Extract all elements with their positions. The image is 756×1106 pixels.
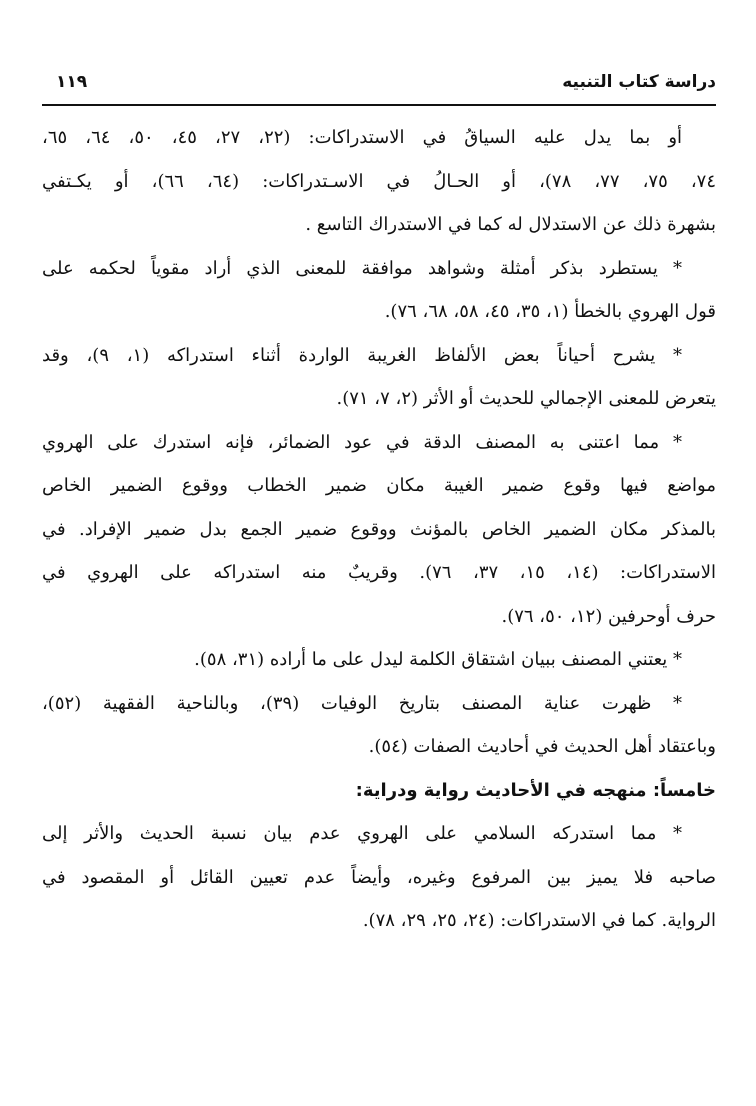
page-header: دراسة كتاب التنبيه ١١٩ bbox=[42, 70, 716, 98]
text-line: قول الهروي بالخطأ (١، ٣٥، ٤٥، ٥٨، ٦٨، ٧٦… bbox=[42, 290, 716, 334]
text-line: حرف أوحرفين (١٢، ٥٠، ٧٦). bbox=[42, 595, 716, 639]
text-line: يتعرض للمعنى الإجمالي للحديث أو الأثر (٢… bbox=[42, 377, 716, 421]
bullet-line: * ظهرت عناية المصنف بتاريخ الوفيات (٣٩)،… bbox=[42, 682, 716, 726]
section-heading: خامساً: منهجه في الأحاديث رواية ودراية: bbox=[42, 769, 716, 813]
text-line: بشهرة ذلك عن الاستدلال له كما في الاستدر… bbox=[42, 203, 716, 247]
body-text: أو بما يدل عليه السياقُ في الاستدراكات: … bbox=[42, 116, 716, 943]
bullet-line: * يستطرد بذكر أمثلة وشواهد موافقة للمعنى… bbox=[42, 247, 716, 291]
bullet-line: * مما استدركه السلامي على الهروي عدم بيا… bbox=[42, 812, 716, 856]
text-line: بالمذكر مكان الضمير الخاص بالمؤنث ووقوع … bbox=[42, 508, 716, 552]
text-line: ٧٤، ٧٥، ٧٧، ٧٨)، أو الحـالُ في الاسـتدرا… bbox=[42, 160, 716, 204]
text-line: صاحبه فلا يميز بين المرفوع وغيره، وأيضاً… bbox=[42, 856, 716, 900]
bullet-line: * مما اعتنى به المصنف الدقة في عود الضما… bbox=[42, 421, 716, 465]
text-line: الاستدراكات: (١٤، ١٥، ٣٧، ٧٦). وقريبٌ من… bbox=[42, 551, 716, 595]
running-title: دراسة كتاب التنبيه bbox=[562, 72, 716, 92]
document-page: دراسة كتاب التنبيه ١١٩ أو بما يدل عليه ا… bbox=[0, 0, 756, 1106]
page-number: ١١٩ bbox=[56, 72, 87, 92]
text-line: أو بما يدل عليه السياقُ في الاستدراكات: … bbox=[42, 116, 716, 160]
bullet-line: * يشرح أحياناً بعض الألفاظ الغريبة الوار… bbox=[42, 334, 716, 378]
header-rule bbox=[42, 104, 716, 106]
text-line: مواضع فيها وقوع ضمير الغيبة مكان ضمير ال… bbox=[42, 464, 716, 508]
text-line: وباعتقاد أهل الحديث في أحاديث الصفات (٥٤… bbox=[42, 725, 716, 769]
bullet-line: * يعتني المصنف ببيان اشتقاق الكلمة ليدل … bbox=[42, 638, 716, 682]
text-line: الرواية. كما في الاستدراكات: (٢٤، ٢٥، ٢٩… bbox=[42, 899, 716, 943]
